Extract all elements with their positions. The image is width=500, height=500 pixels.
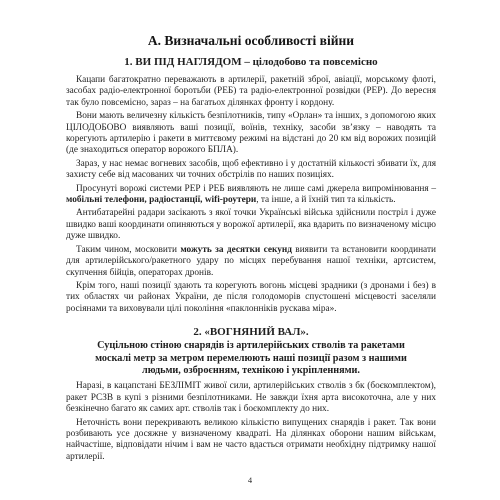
text-run: Зараз, у нас немає вогневих засобів, щоб… bbox=[66, 159, 436, 180]
text-run: Вони мають величезну кількість безпілотн… bbox=[66, 111, 436, 155]
paragraph: Зараз, у нас немає вогневих засобів, щоб… bbox=[66, 159, 436, 182]
section1-heading: 1. ВИ ПІД НАГЛЯДОМ – цілодобово та повсе… bbox=[66, 56, 436, 68]
text-run: , та інше, а й їхній тип та кількість. bbox=[256, 195, 395, 205]
section2-lead: Суцільною стіною снарядів із артилерійсь… bbox=[86, 340, 416, 377]
page-number: 4 bbox=[0, 475, 500, 485]
text-run: Неточність вони перекривають великою кіл… bbox=[66, 418, 436, 462]
bold-text: мобільні телефони, радіостанції, wifi-ро… bbox=[66, 195, 256, 205]
text-run: Кацапи багатократно переважають в артиле… bbox=[66, 75, 436, 108]
section2-heading: 2. «ВОГНЯНИЙ ВАЛ». bbox=[66, 326, 436, 338]
text-run: Таким чином, московити bbox=[76, 245, 180, 255]
paragraph: Вони мають величезну кількість безпілотн… bbox=[66, 111, 436, 157]
section2-paragraphs: Наразі, в кацапстані БЕЗЛІМІТ живої сили… bbox=[66, 381, 436, 463]
page-content: А. Визначальні особливості війни 1. ВИ П… bbox=[66, 33, 436, 465]
section1-paragraphs: Кацапи багатократно переважають в артиле… bbox=[66, 75, 436, 315]
paragraph: Неточність вони перекривають великою кіл… bbox=[66, 418, 436, 464]
paragraph: Антибатарейні радари засікають з якої то… bbox=[66, 208, 436, 242]
document-title: А. Визначальні особливості війни bbox=[66, 33, 436, 49]
text-run: Просунуті ворожі системи РЕР і РЕБ виявл… bbox=[76, 184, 436, 194]
bold-text: можуть за десятки секунд bbox=[180, 245, 292, 255]
document-page: { "page": { "background_color": "#ffffff… bbox=[0, 0, 500, 500]
paragraph: Просунуті ворожі системи РЕР і РЕБ виявл… bbox=[66, 184, 436, 207]
paragraph: Таким чином, московити можуть за десятки… bbox=[66, 245, 436, 279]
text-run: Антибатарейні радари засікають з якої то… bbox=[66, 208, 436, 241]
paragraph: Крім того, наші позиції здають та корегу… bbox=[66, 281, 436, 315]
paragraph: Наразі, в кацапстані БЕЗЛІМІТ живої сили… bbox=[66, 381, 436, 415]
text-run: Крім того, наші позиції здають та корегу… bbox=[66, 281, 436, 314]
text-run: Наразі, в кацапстані БЕЗЛІМІТ живої сили… bbox=[66, 381, 436, 414]
paragraph: Кацапи багатократно переважають в артиле… bbox=[66, 75, 436, 109]
